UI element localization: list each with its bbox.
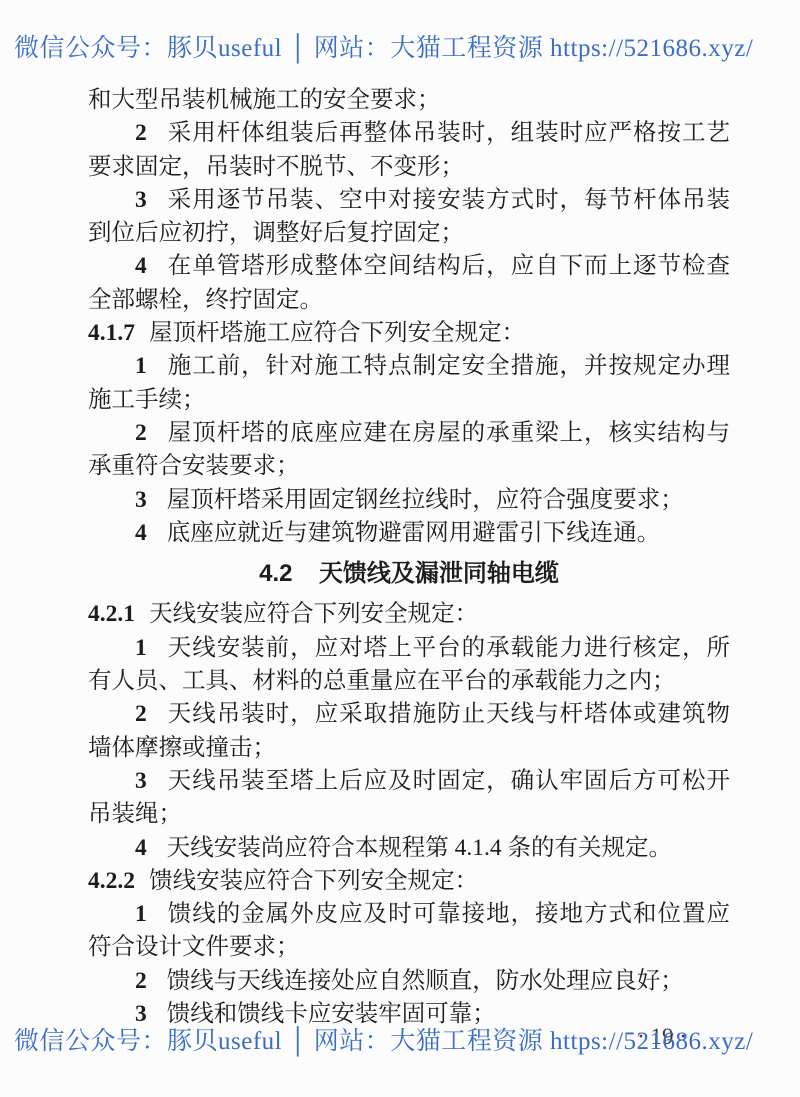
paragraph-text: 施工前，针对施工特点制定安全措施，并按规定办理施工手续； bbox=[88, 353, 730, 412]
item-number: 2 bbox=[135, 701, 167, 727]
paragraph-text: 屋顶杆塔采用固定钢丝拉线时，应符合强度要求； bbox=[167, 487, 684, 513]
paragraph-text: 屋顶杆塔施工应符合下列安全规定： bbox=[149, 320, 525, 346]
list-item: 4天线安装尚应符合本规程第 4.1.4 条的有关规定。 bbox=[88, 832, 730, 865]
item-number: 4.2.1 bbox=[88, 601, 149, 627]
list-item: 2屋顶杆塔的底座应建在房屋的承重梁上，核实结构与承重符合安装要求； bbox=[88, 417, 730, 484]
watermark-top: 微信公众号：豚贝useful │ 网站：大猫工程资源 https://52168… bbox=[14, 28, 753, 64]
item-number: 1 bbox=[135, 901, 167, 927]
paragraph-text: 底座应就近与建筑物避雷网用避雷引下线连通。 bbox=[167, 520, 661, 546]
list-item: 3天线吊装至塔上后应及时固定，确认牢固后方可松开吊装绳； bbox=[88, 765, 730, 832]
item-number: 4 bbox=[135, 520, 167, 546]
paragraph-text: 天线吊装时，应采取措施防止天线与杆塔体或建筑物墙体摩擦或撞击； bbox=[88, 701, 730, 760]
clause-paragraph: 4.2.2馈线安装应符合下列安全规定： bbox=[88, 865, 730, 898]
list-item: 3屋顶杆塔采用固定钢丝拉线时，应符合强度要求； bbox=[88, 484, 730, 517]
continuation-paragraph: 和大型吊装机械施工的安全要求； bbox=[88, 84, 730, 117]
paragraph-text: 和大型吊装机械施工的安全要求； bbox=[88, 87, 441, 113]
item-number: 1 bbox=[135, 635, 167, 661]
paragraph-text: 在单管塔形成整体空间结构后，应自下而上逐节检查全部螺栓，终拧固定。 bbox=[88, 253, 730, 312]
paragraph-text: 天线安装尚应符合本规程第 4.1.4 条的有关规定。 bbox=[167, 835, 672, 861]
item-number: 4 bbox=[135, 253, 167, 279]
item-number: 1 bbox=[135, 353, 167, 379]
item-number: 2 bbox=[135, 420, 167, 446]
item-number: 2 bbox=[135, 120, 167, 146]
paragraph-text: 馈线与天线连接处应自然顺直，防水处理应良好； bbox=[167, 968, 684, 994]
paragraph-text: 馈线的金属外皮应及时可靠接地，接地方式和位置应符合设计文件要求； bbox=[88, 901, 730, 960]
watermark-bottom: 微信公众号：豚贝useful │ 网站：大猫工程资源 https://52168… bbox=[14, 1021, 753, 1057]
item-number: 4.2.2 bbox=[88, 868, 149, 894]
list-item: 2采用杆体组装后再整体吊装时，组装时应严格按工艺要求固定，吊装时不脱节、不变形； bbox=[88, 117, 730, 184]
item-number: 4.1.7 bbox=[88, 320, 149, 346]
list-item: 1施工前，针对施工特点制定安全措施，并按规定办理施工手续； bbox=[88, 350, 730, 417]
item-number: 3 bbox=[135, 768, 167, 794]
item-number: 2 bbox=[135, 968, 167, 994]
list-item: 4在单管塔形成整体空间结构后，应自下而上逐节检查全部螺栓，终拧固定。 bbox=[88, 250, 730, 317]
clause-paragraph: 4.2.1天线安装应符合下列安全规定： bbox=[88, 598, 730, 631]
paragraph-text: 馈线安装应符合下列安全规定： bbox=[149, 868, 478, 894]
document-body: 和大型吊装机械施工的安全要求；2采用杆体组装后再整体吊装时，组装时应严格按工艺要… bbox=[88, 84, 730, 1031]
paragraph-text: 天线安装应符合下列安全规定： bbox=[149, 601, 478, 627]
list-item: 4底座应就近与建筑物避雷网用避雷引下线连通。 bbox=[88, 517, 730, 550]
paragraph-text: 采用逐节吊装、空中对接安装方式时，每节杆体吊装到位后应初拧，调整好后复拧固定； bbox=[88, 187, 730, 246]
item-number: 4 bbox=[135, 835, 167, 861]
paragraph-text: 天馈线及漏泄同轴电缆 bbox=[319, 560, 559, 587]
document-page: 微信公众号：豚贝useful │ 网站：大猫工程资源 https://52168… bbox=[0, 0, 800, 1097]
item-number: 3 bbox=[135, 487, 167, 513]
list-item: 1馈线的金属外皮应及时可靠接地，接地方式和位置应符合设计文件要求； bbox=[88, 898, 730, 965]
list-item: 1天线安装前，应对塔上平台的承载能力进行核定，所有人员、工具、材料的总重量应在平… bbox=[88, 632, 730, 699]
paragraph-text: 采用杆体组装后再整体吊装时，组装时应严格按工艺要求固定，吊装时不脱节、不变形； bbox=[88, 120, 730, 179]
section-number: 4.2 bbox=[259, 560, 319, 587]
section-heading: 4.2天馈线及漏泄同轴电缆 bbox=[88, 557, 730, 590]
item-number: 3 bbox=[135, 187, 167, 213]
paragraph-text: 天线吊装至塔上后应及时固定，确认牢固后方可松开吊装绳； bbox=[88, 768, 730, 827]
list-item: 2天线吊装时，应采取措施防止天线与杆塔体或建筑物墙体摩擦或撞击； bbox=[88, 698, 730, 765]
clause-paragraph: 4.1.7屋顶杆塔施工应符合下列安全规定： bbox=[88, 317, 730, 350]
paragraph-text: 天线安装前，应对塔上平台的承载能力进行核定，所有人员、工具、材料的总重量应在平台… bbox=[88, 635, 730, 694]
paragraph-text: 屋顶杆塔的底座应建在房屋的承重梁上，核实结构与承重符合安装要求； bbox=[88, 420, 730, 479]
list-item: 2馈线与天线连接处应自然顺直，防水处理应良好； bbox=[88, 965, 730, 998]
list-item: 3采用逐节吊装、空中对接安装方式时，每节杆体吊装到位后应初拧，调整好后复拧固定； bbox=[88, 184, 730, 251]
